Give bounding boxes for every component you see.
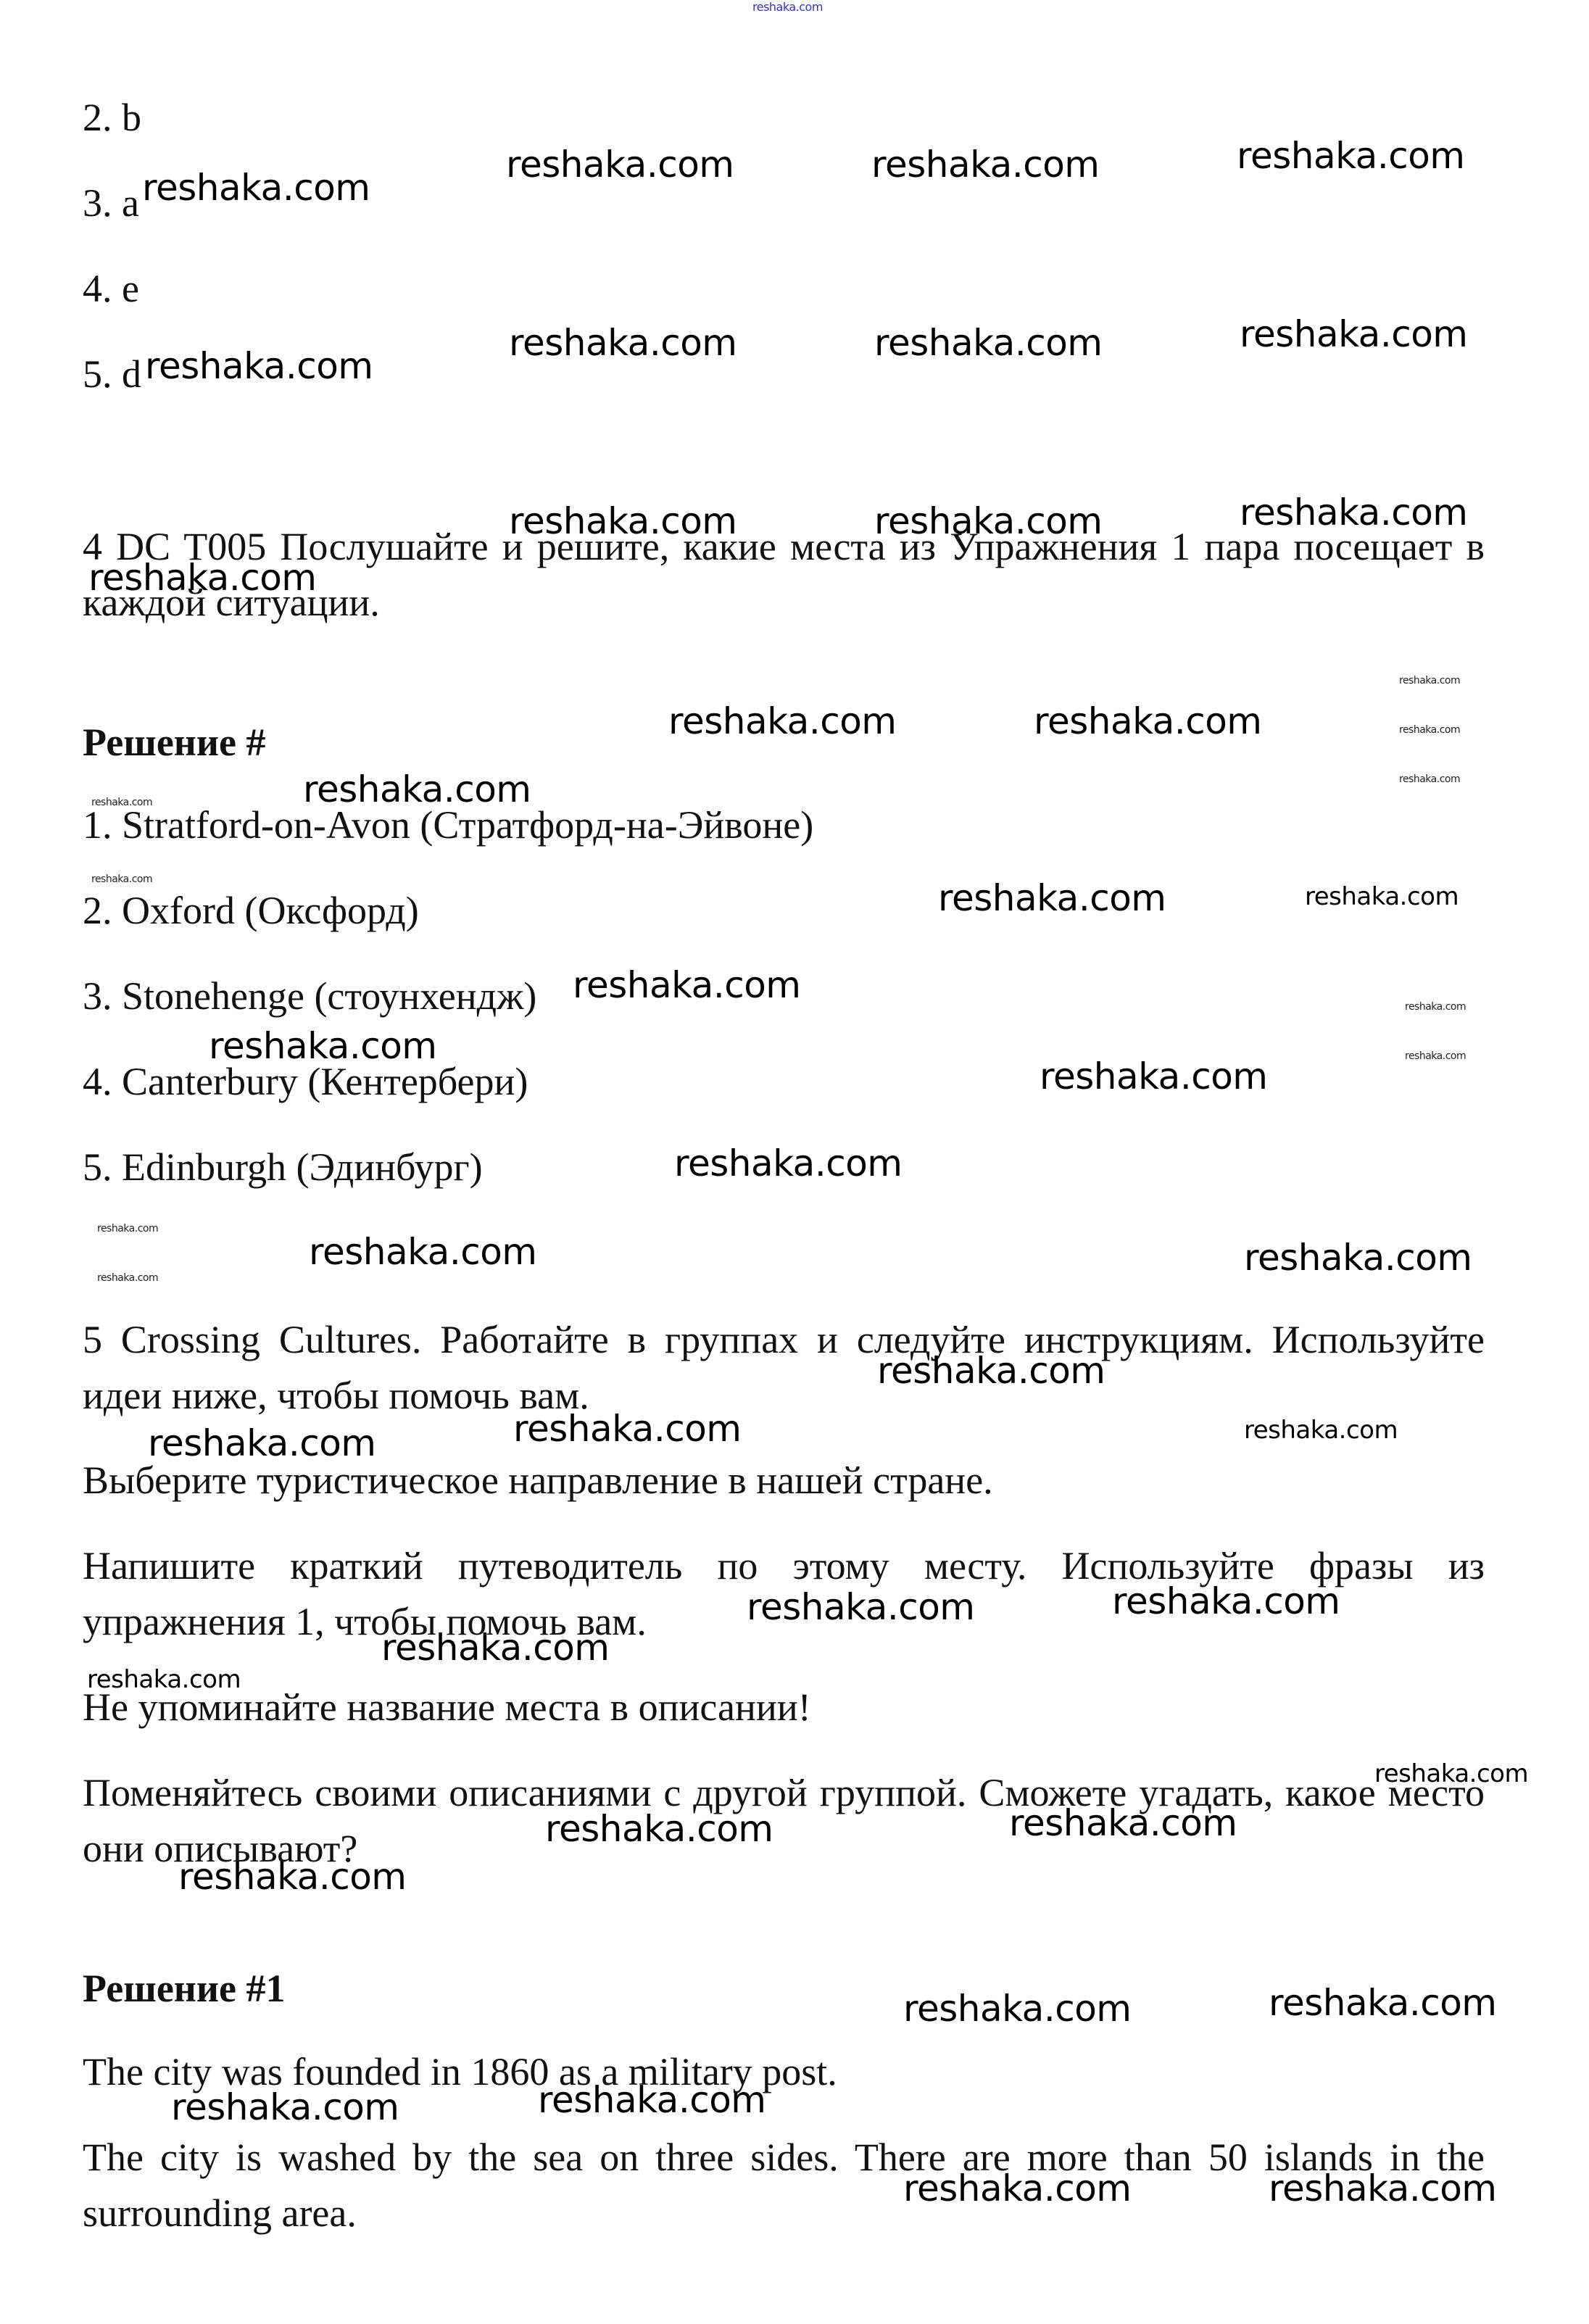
watermark-small: reshaka.com: [1399, 725, 1460, 735]
watermark-small: reshaka.com: [1399, 774, 1460, 784]
watermark: reshaka.com: [171, 2089, 399, 2125]
place-answer: 2. Oxford (Оксфорд): [83, 883, 419, 938]
watermark: reshaka.com: [747, 1589, 975, 1625]
watermark: reshaka.com: [1269, 1985, 1497, 2021]
document-page: reshaka.com 2. b 3. a 4. e 5. d 4 DC T00…: [0, 0, 1589, 2324]
watermark: reshaka.com: [674, 1145, 903, 1182]
instruction: Не упоминайте название места в описании!: [83, 1680, 1485, 1735]
watermark: reshaka.com: [1240, 316, 1468, 352]
watermark: reshaka.com: [1040, 1058, 1268, 1095]
watermark: reshaka.com: [545, 1811, 773, 1847]
watermark-small: reshaka.com: [91, 797, 152, 808]
exercise-5-task: 5 Crossing Cultures. Работайте в группах…: [83, 1312, 1485, 1424]
watermark: reshaka.com: [1009, 1805, 1237, 1841]
watermark: reshaka.com: [209, 1028, 437, 1064]
watermark: reshaka.com: [1244, 1240, 1472, 1276]
watermark: reshaka.com: [903, 1991, 1132, 2027]
watermark: reshaka.com: [1112, 1583, 1340, 1619]
watermark: reshaka.com: [871, 146, 1100, 183]
place-answer: 5. Edinburgh (Эдинбург): [83, 1140, 483, 1195]
watermark: reshaka.com: [1305, 884, 1459, 909]
watermark: reshaka.com: [1240, 494, 1468, 531]
watermark: reshaka.com: [1244, 1418, 1398, 1443]
watermark: reshaka.com: [309, 1234, 537, 1270]
place-answer: 3. Stonehenge (стоунхендж): [83, 968, 536, 1024]
watermark: reshaka.com: [178, 1859, 407, 1895]
answer-item: 2. b: [83, 90, 141, 145]
watermark-small: reshaka.com: [1405, 1002, 1466, 1012]
header-watermark: reshaka.com: [752, 1, 823, 13]
watermark: reshaka.com: [538, 2082, 766, 2118]
watermark: reshaka.com: [903, 2170, 1132, 2207]
watermark: reshaka.com: [1237, 138, 1465, 174]
watermark: reshaka.com: [381, 1630, 610, 1666]
watermark: reshaka.com: [1269, 2170, 1497, 2207]
solution-heading: Решение #1: [83, 1961, 286, 2016]
watermark: reshaka.com: [938, 880, 1166, 916]
watermark-small: reshaka.com: [91, 874, 152, 884]
watermark: reshaka.com: [874, 325, 1103, 361]
watermark: reshaka.com: [509, 503, 737, 539]
watermark: reshaka.com: [874, 503, 1103, 539]
answer-item: 5. d: [83, 346, 141, 402]
watermark-small: reshaka.com: [97, 1224, 158, 1234]
answer-item: 3. a: [83, 175, 139, 231]
watermark: reshaka.com: [142, 170, 370, 206]
watermark: reshaka.com: [668, 703, 897, 739]
watermark-small: reshaka.com: [1399, 676, 1460, 686]
watermark: reshaka.com: [1374, 1761, 1528, 1786]
watermark: reshaka.com: [145, 348, 373, 384]
watermark: reshaka.com: [573, 967, 801, 1003]
watermark: reshaka.com: [513, 1411, 742, 1447]
watermark: reshaka.com: [506, 146, 734, 183]
watermark: reshaka.com: [87, 1667, 241, 1692]
solution-heading: Решение #: [83, 715, 266, 770]
watermark: reshaka.com: [877, 1353, 1105, 1389]
watermark: reshaka.com: [148, 1425, 376, 1461]
watermark: reshaka.com: [509, 325, 737, 361]
answer-item: 4. e: [83, 261, 139, 316]
watermark-small: reshaka.com: [1405, 1051, 1466, 1061]
watermark: reshaka.com: [303, 771, 531, 808]
watermark: reshaka.com: [88, 560, 317, 596]
watermark: reshaka.com: [1034, 703, 1262, 739]
watermark-small: reshaka.com: [97, 1273, 158, 1283]
